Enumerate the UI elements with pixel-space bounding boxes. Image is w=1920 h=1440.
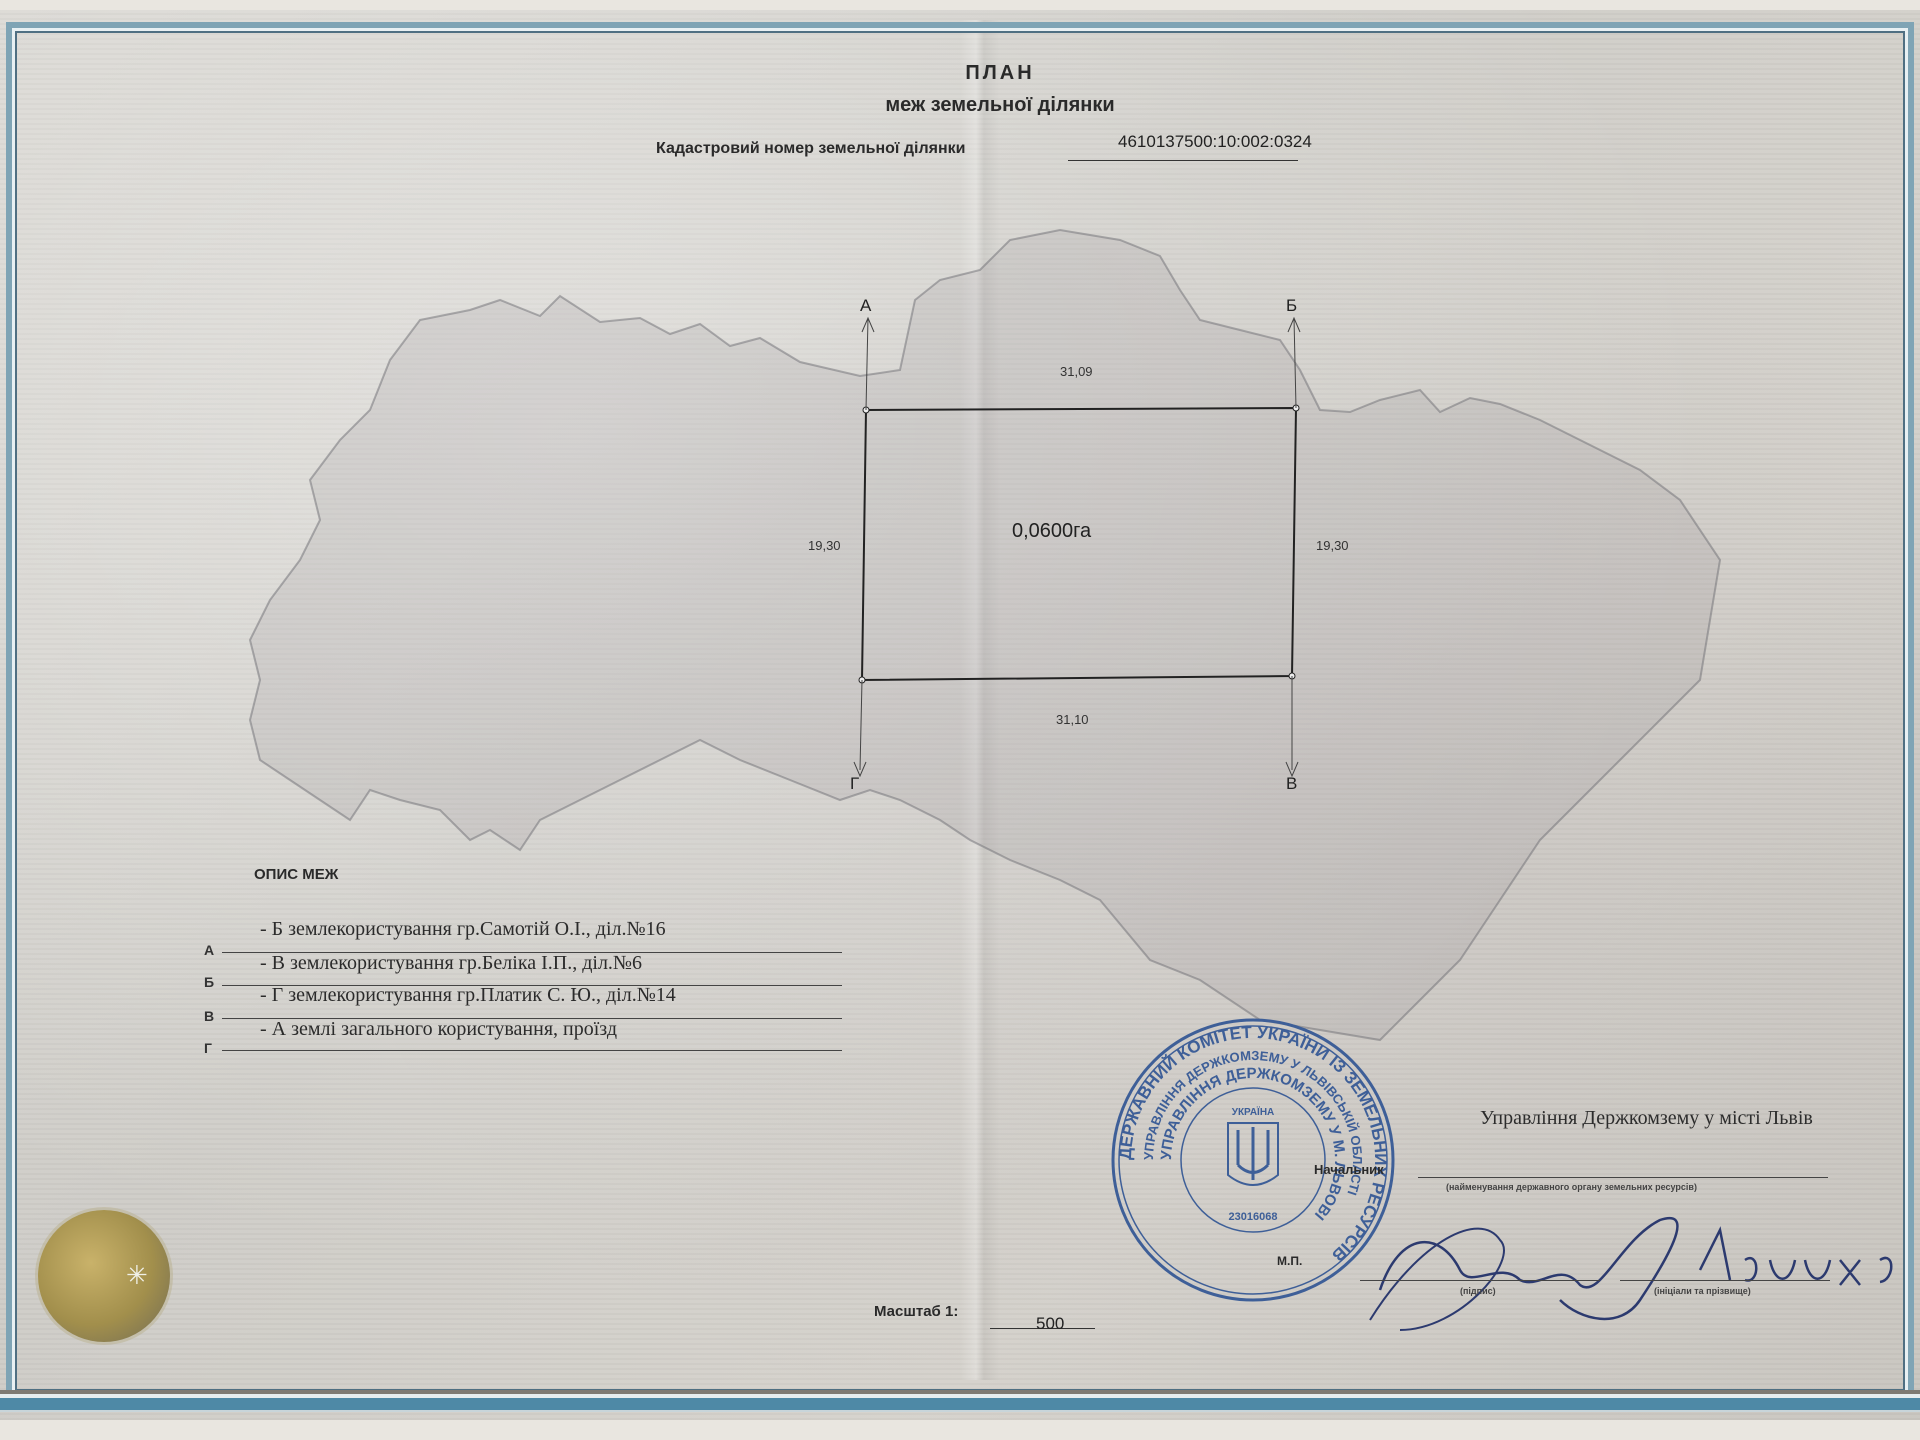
side-length-bottom: 31,10 — [1056, 712, 1089, 727]
stamp-code: 23016068 — [1229, 1211, 1278, 1223]
boundary-row: - В землекористування гр.Беліка І.П., ді… — [260, 952, 642, 975]
hologram-seal: ✳ — [38, 1210, 170, 1342]
boundary-from-letter: Г — [204, 1040, 212, 1056]
boundary-row: - Б землекористування гр.Самотій О.І., д… — [260, 918, 666, 941]
corner-label-a: А — [860, 296, 871, 316]
scale-value: 500 — [1036, 1314, 1064, 1334]
stamp-center-label: УКРАЇНА — [1232, 1105, 1275, 1118]
official-stamp: ДЕРЖАВНИЙ КОМІТЕТ УКРАЇНИ ІЗ ЗЕМЕЛЬНИХ Р… — [1108, 1015, 1398, 1305]
boundary-row: - Г землекористування гр.Платик С. Ю., д… — [260, 984, 676, 1007]
corner-label-b: Б — [1286, 296, 1297, 316]
boundary-row: - А землі загального користування, проїз… — [260, 1018, 617, 1041]
plot-area: 0,0600га — [1012, 520, 1091, 543]
organization-caption: (найменування державного органу земельни… — [1446, 1182, 1697, 1192]
corner-label-v: В — [1286, 774, 1297, 794]
organization-name: Управління Держкомзему у місті Львів — [1480, 1107, 1813, 1130]
signature-underline — [1360, 1280, 1600, 1281]
signature-caption: (підпис) — [1460, 1286, 1496, 1296]
side-length-right: 19,30 — [1316, 538, 1349, 553]
chief-underline — [1418, 1177, 1828, 1178]
document-title: ПЛАН — [40, 62, 1920, 85]
scale-label: Масштаб 1: — [874, 1303, 958, 1320]
boundary-underline — [222, 1050, 842, 1051]
side-length-left: 19,30 — [808, 538, 841, 553]
cadastral-underline — [1068, 160, 1298, 161]
boundary-from-letter: А — [204, 942, 214, 958]
cadastral-number: 4610137500:10:002:0324 — [1118, 132, 1312, 152]
boundary-from-letter: Б — [204, 974, 214, 990]
star-icon: ✳ — [126, 1260, 148, 1291]
signature-scribble — [1380, 1218, 1677, 1319]
boundary-from-letter: В — [204, 1008, 214, 1024]
seal-label: М.П. — [1277, 1254, 1302, 1268]
corner-label-g: Г — [850, 774, 859, 794]
boundary-description-title: ОПИС МЕЖ — [254, 866, 338, 883]
chief-label: Начальник — [1314, 1162, 1384, 1177]
name-caption: (ініціали та прізвище) — [1654, 1286, 1751, 1296]
handwritten-name — [1700, 1230, 1891, 1285]
cadastral-label: Кадастровий номер земельної ділянки — [656, 140, 965, 158]
side-length-top: 31,09 — [1060, 364, 1093, 379]
name-underline — [1620, 1280, 1830, 1281]
plan-drawing — [0, 0, 1920, 1440]
document-subtitle: меж земельної ділянки — [40, 94, 1920, 117]
